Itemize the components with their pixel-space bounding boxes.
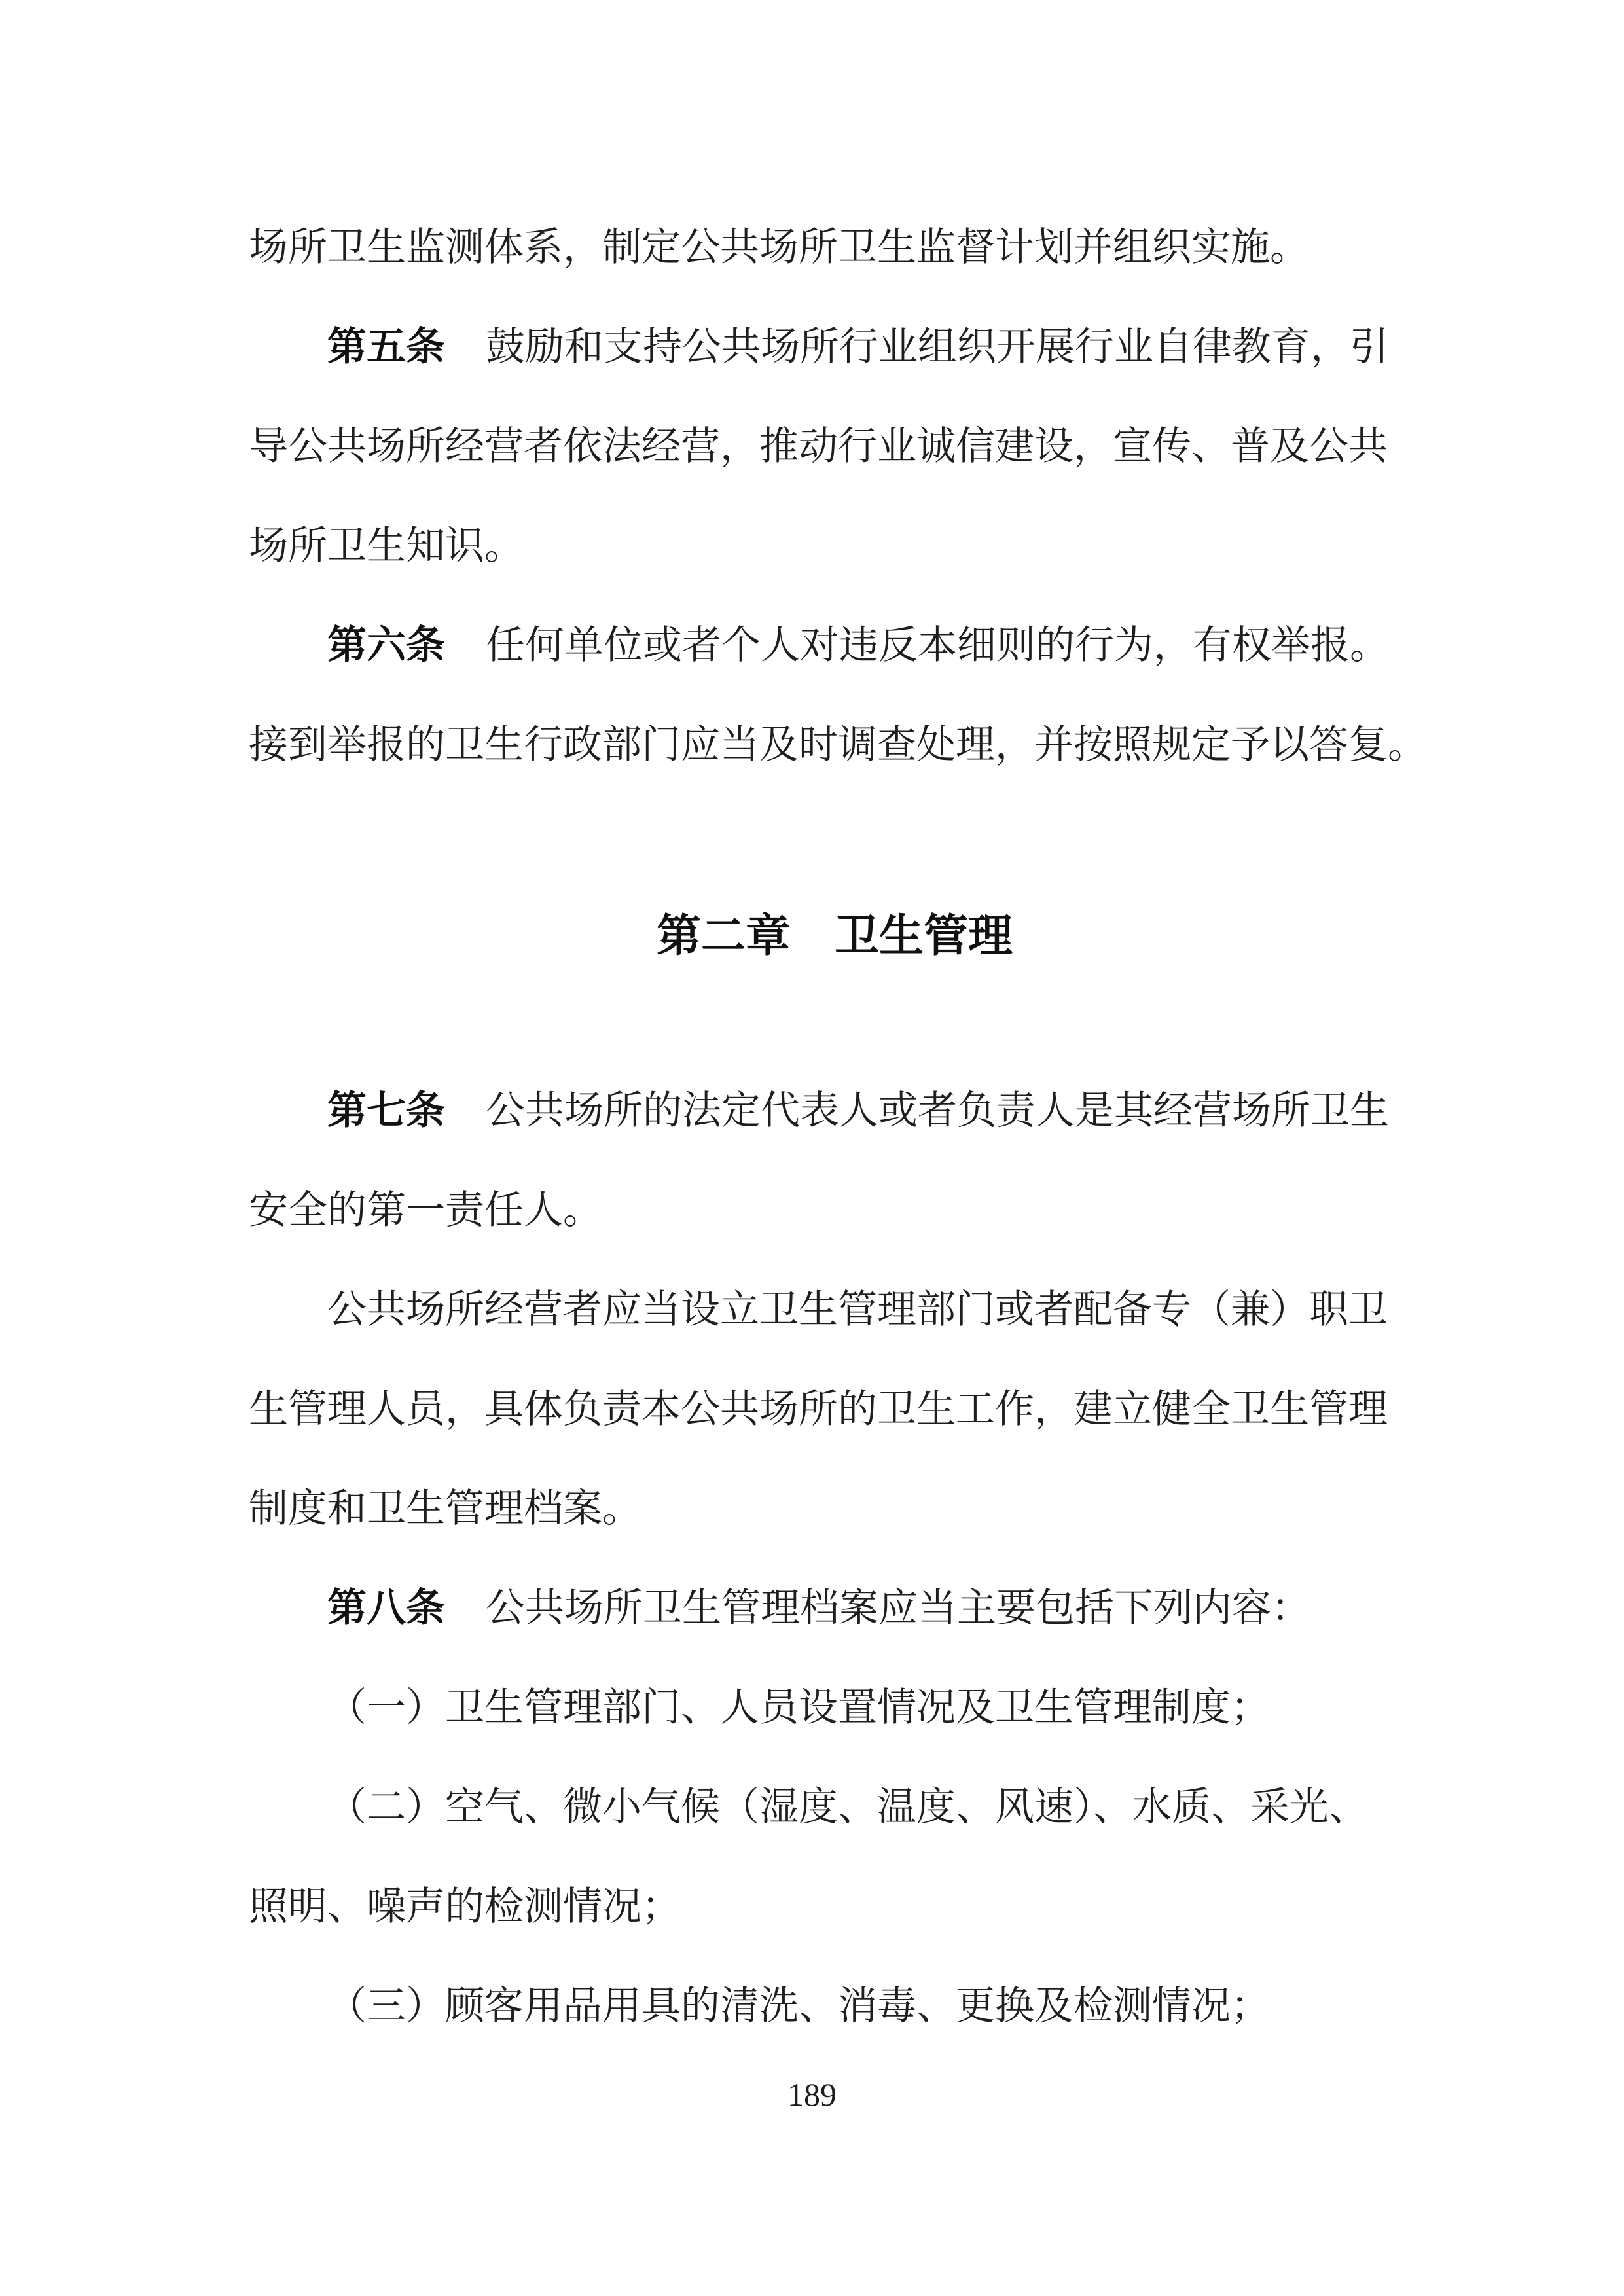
paragraph-line: 照明、噪声的检测情况；	[249, 1857, 1420, 1956]
article-number-label: 第七条	[327, 1089, 445, 1132]
paragraph-line-article-5: 第五条鼓励和支持公共场所行业组织开展行业自律教育，引	[249, 297, 1420, 397]
paragraph-line: 接到举报的卫生行政部门应当及时调查处理，并按照规定予以答复。	[249, 695, 1420, 795]
article-text: 任何单位或者个人对违反本细则的行为，有权举报。	[486, 624, 1389, 667]
paragraph-line: 公共场所经营者应当设立卫生管理部门或者配备专（兼）职卫	[249, 1260, 1420, 1359]
article-text: 公共场所的法定代表人或者负责人是其经营场所卫生	[486, 1089, 1389, 1132]
paragraph-line: 生管理人员，具体负责本公共场所的卫生工作，建立健全卫生管理	[249, 1359, 1420, 1459]
article-number-label: 第六条	[327, 624, 445, 667]
paragraph-line-article-8: 第八条公共场所卫生管理档案应当主要包括下列内容：	[249, 1558, 1420, 1658]
text-content: 场所卫生监测体系，制定公共场所卫生监督计划并组织实施。 第五条鼓励和支持公共场所…	[249, 198, 1420, 2056]
paragraph-line: 安全的第一责任人。	[249, 1160, 1420, 1260]
article-text: 公共场所卫生管理档案应当主要包括下列内容：	[486, 1587, 1310, 1630]
chapter-heading: 第二章 卫生管理	[249, 886, 1420, 986]
paragraph-line-article-6: 第六条任何单位或者个人对违反本细则的行为，有权举报。	[249, 596, 1420, 695]
paragraph-line: 场所卫生知识。	[249, 496, 1420, 596]
list-item-line-2: （二）空气、微小气候（湿度、温度、风速）、水质、采光、	[249, 1757, 1420, 1857]
list-item-line-3: （三）顾客用品用具的清洗、消毒、更换及检测情况；	[249, 1956, 1420, 2056]
article-number-label: 第八条	[327, 1587, 445, 1630]
document-page: 场所卫生监测体系，制定公共场所卫生监督计划并组织实施。 第五条鼓励和支持公共场所…	[0, 0, 1624, 2296]
page-number: 189	[0, 2072, 1624, 2117]
article-text: 鼓励和支持公共场所行业组织开展行业自律教育，引	[486, 325, 1389, 368]
paragraph-line-article-7: 第七条公共场所的法定代表人或者负责人是其经营场所卫生	[249, 1061, 1420, 1160]
list-item-line-1: （一）卫生管理部门、人员设置情况及卫生管理制度；	[249, 1658, 1420, 1757]
paragraph-line: 场所卫生监测体系，制定公共场所卫生监督计划并组织实施。	[249, 198, 1420, 297]
article-number-label: 第五条	[327, 325, 445, 368]
paragraph-line: 制度和卫生管理档案。	[249, 1459, 1420, 1558]
paragraph-line: 导公共场所经营者依法经营，推动行业诚信建设，宣传、普及公共	[249, 397, 1420, 496]
